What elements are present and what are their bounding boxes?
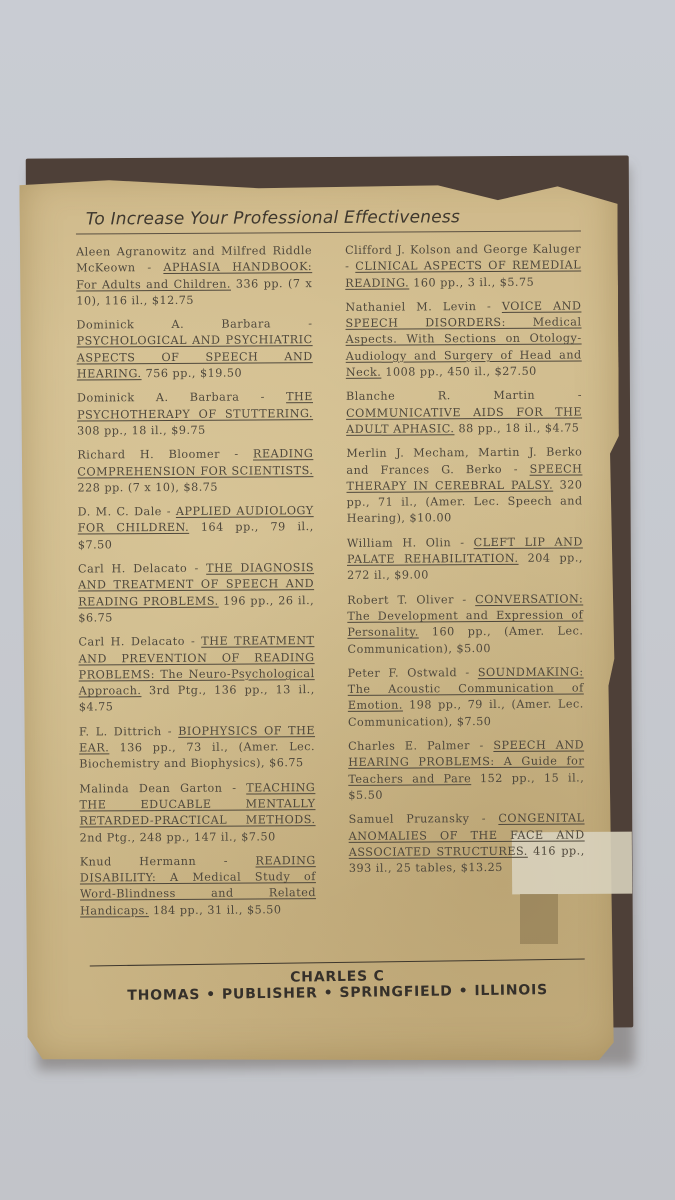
entry-author: D. M. C. Dale -	[78, 505, 176, 519]
book-entry: F. L. Dittrich - BIOPHYSICS OF THE EAR. …	[79, 723, 315, 773]
book-entry: Richard H. Bloomer - READING COMPREHENSI…	[77, 446, 313, 496]
separator-dot: •	[206, 987, 216, 1003]
entry-author: Carl H. Delacato -	[78, 562, 206, 576]
book-list: Aleen Agranowitz and Milfred Riddle McKe…	[76, 241, 585, 927]
book-entry: William H. Olin - CLEFT LIP AND PALATE R…	[347, 534, 583, 584]
book-entry: Dominick A. Barbara - PSYCHOLOGICAL AND …	[76, 316, 312, 383]
entry-author: Richard H. Bloomer -	[77, 448, 253, 462]
entry-details: 184 pp., 31 il., $5.50	[149, 903, 282, 917]
entry-author: Dominick A. Barbara -	[77, 391, 286, 405]
entry-author: Blanche R. Martin -	[346, 389, 582, 403]
entry-author: Dominick A. Barbara -	[76, 317, 312, 331]
entry-author: Charles E. Palmer -	[348, 739, 493, 753]
cover-heading: To Increase Your Professional Effectiven…	[76, 206, 581, 234]
entry-author: Malinda Dean Garton -	[79, 781, 246, 795]
book-entry: Carl H. Delacato - THE DIAGNOSIS AND TRE…	[78, 560, 314, 627]
book-entry: Clifford J. Kolson and George Kaluger - …	[345, 241, 581, 291]
entry-details: 1008 pp., 450 il., $27.50	[381, 365, 537, 379]
entry-author: Nathaniel M. Levin -	[345, 300, 501, 314]
cover-content: To Increase Your Professional Effectiven…	[76, 206, 585, 927]
separator-dot: •	[459, 983, 469, 999]
entry-author: Carl H. Delacato -	[78, 635, 201, 649]
entry-author: Robert T. Oliver -	[347, 593, 475, 607]
book-entry: Dominick A. Barbara - THE PSYCHOTHERAPY …	[77, 389, 313, 439]
entry-details: 228 pp. (7 x 10), $8.75	[77, 481, 218, 495]
entry-details: 160 pp., 3 il., $5.75	[409, 275, 534, 289]
publisher-footer: CHARLES C THOMAS•PUBLISHER•SPRINGFIELD•I…	[90, 959, 585, 1005]
entry-author: Samuel Pruzansky -	[349, 812, 499, 826]
separator-dot: •	[324, 985, 334, 1001]
book-entry: Malinda Dean Garton - TEACHING THE EDUCA…	[79, 780, 315, 847]
entry-details: 308 pp., 18 il., $9.75	[77, 424, 206, 438]
entry-author: Knud Hermann -	[80, 854, 256, 868]
entry-details: 2nd Ptg., 248 pp., 147 il., $7.50	[80, 830, 276, 844]
entry-details: 136 pp., 73 il., (Amer. Lec. Biochemistr…	[79, 740, 315, 771]
entry-author: William H. Olin -	[347, 536, 474, 550]
book-entry: Blanche R. Martin - COMMUNICATIVE AIDS F…	[346, 388, 582, 438]
book-entry: Peter F. Ostwald - SOUNDMAKING: The Acou…	[348, 664, 584, 731]
book-entry: Knud Hermann - READING DISABILITY: A Med…	[80, 853, 316, 920]
left-column: Aleen Agranowitz and Milfred Riddle McKe…	[76, 243, 316, 927]
book-entry: Samuel Pruzansky - CONGENITAL ANOMALIES …	[348, 811, 584, 878]
book-entry: Merlin J. Mecham, Martin J. Berko and Fr…	[346, 445, 582, 528]
book-entry: Carl H. Delacato - THE TREATMENT AND PRE…	[78, 633, 314, 716]
book-entry: Nathaniel M. Levin - VOICE AND SPEECH DI…	[345, 298, 581, 381]
entry-details: 88 pp., 18 il., $4.75	[454, 421, 579, 435]
right-column: Clifford J. Kolson and George Kaluger - …	[345, 241, 585, 925]
publisher-role: PUBLISHER	[222, 985, 318, 1002]
publisher-state: ILLINOIS	[474, 982, 548, 999]
publisher-city: SPRINGFIELD	[339, 983, 452, 1001]
book-entry: D. M. C. Dale - APPLIED AUDIOLOGY FOR CH…	[78, 503, 314, 553]
entry-author: F. L. Dittrich -	[79, 725, 178, 739]
book-entry: Aleen Agranowitz and Milfred Riddle McKe…	[76, 243, 312, 310]
book-entry: Robert T. Oliver - CONVERSATION: The Dev…	[347, 591, 583, 658]
entry-author: Peter F. Ostwald -	[348, 666, 478, 680]
entry-details: 756 pp., $19.50	[142, 367, 243, 381]
book-entry: Charles E. Palmer - SPEECH AND HEARING P…	[348, 737, 584, 804]
